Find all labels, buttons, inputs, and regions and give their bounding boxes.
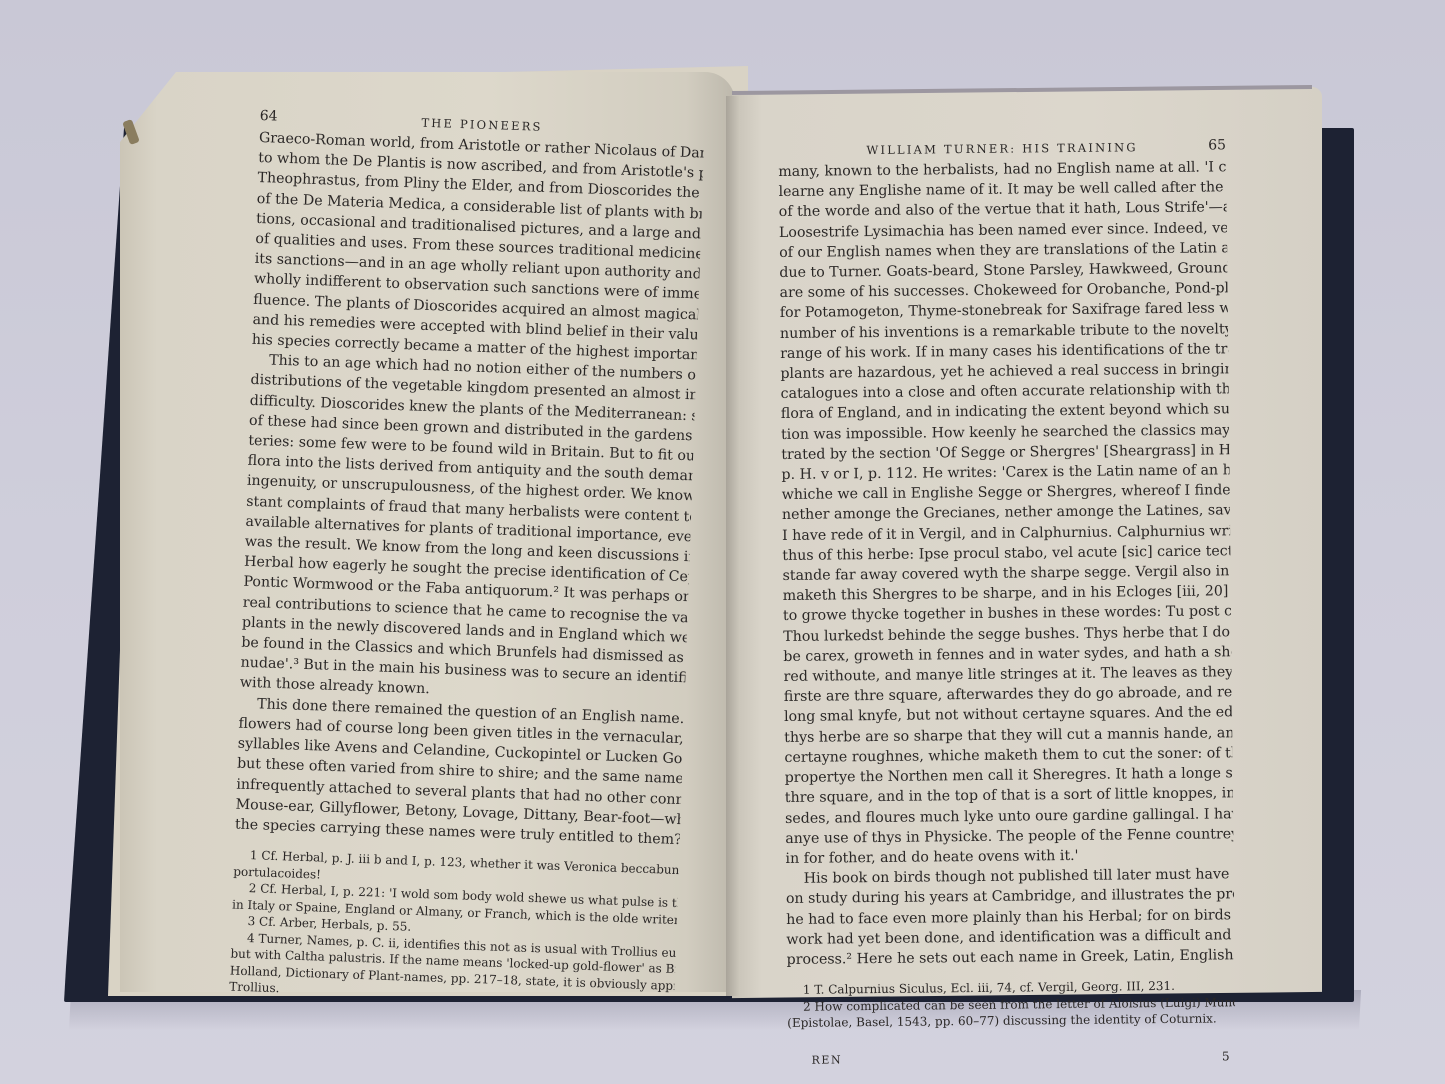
left-page-text: 64 THE PIONEERS 00 Graeco-Roman world, f… (229, 108, 705, 1011)
signature-mark: REN (812, 1053, 843, 1067)
footnote-line: (Epistolae, Basel, 1543, pp. 60–77) disc… (787, 1010, 1235, 1031)
right-footnotes: 1 T. Calpurnius Siculus, Ecl. iii, 74, c… (787, 977, 1235, 1031)
paragraph: This done there remained the question of… (235, 693, 685, 850)
book-gutter (726, 96, 740, 996)
signature-line: REN 5 (788, 1049, 1236, 1068)
right-body: many, known to the herbalists, had no En… (778, 157, 1234, 970)
paragraph: Graeco-Roman world, from Aristotle or ra… (252, 128, 704, 366)
left-body: Graeco-Roman world, from Aristotle or ra… (235, 128, 704, 850)
photo-scene: 64 THE PIONEERS 00 Graeco-Roman world, f… (0, 0, 1445, 1084)
footnote: 2 How complicated can be seen from the l… (787, 994, 1235, 1032)
paragraph: This to an age which had no notion eithe… (240, 350, 697, 709)
left-footnotes: 1 Cf. Herbal, p. J. iii b and I, p. 123,… (229, 847, 679, 1011)
paragraph: His book on birds though not published t… (786, 864, 1235, 970)
page-number: 64 (259, 108, 277, 125)
paragraph: many, known to the herbalists, had no En… (778, 157, 1233, 869)
right-page-text: 00 WILLIAM TURNER: HIS TRAINING 65 many,… (778, 137, 1236, 1067)
text-line: process.² Here he sets out each name in … (786, 945, 1234, 970)
page-number: 65 (1208, 137, 1226, 153)
right-running-head: 00 WILLIAM TURNER: HIS TRAINING 65 (778, 137, 1226, 158)
signature-number: 5 (1222, 1049, 1230, 1063)
running-title: WILLIAM TURNER: HIS TRAINING (796, 139, 1208, 157)
